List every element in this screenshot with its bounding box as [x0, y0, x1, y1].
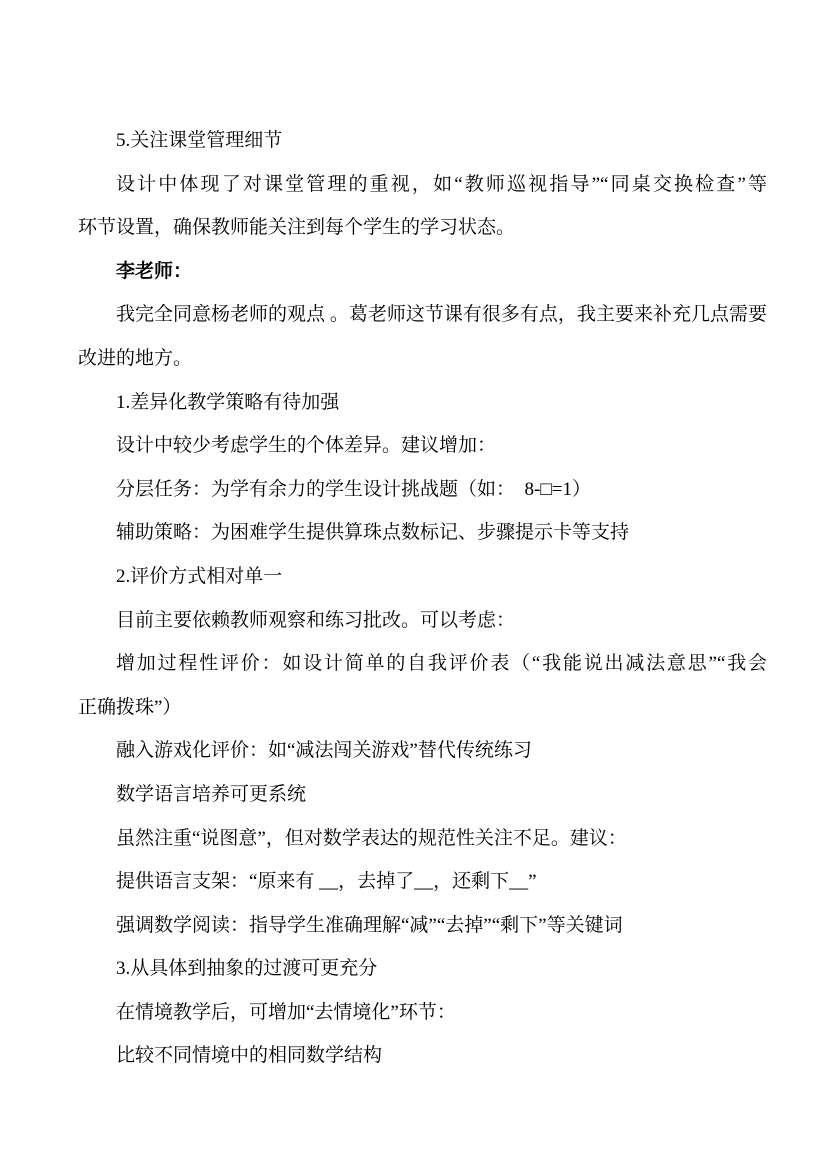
li-intro-line-2: 改进的地方。 [78, 337, 767, 381]
speaker-li-heading: 李老师： [78, 250, 767, 294]
li-point-2-game-eval: 融入游戏化评价：如“减法闯关游戏”替代传统练习 [78, 729, 767, 773]
li-point-2-process-eval-line-1: 增加过程性评价：如设计简单的自我评价表（“我能说出减法意思”“我会 [78, 642, 767, 686]
math-language-body: 虽然注重“说图意”，但对数学表达的规范性关注不足。建议： [78, 817, 767, 861]
li-point-1-layered-task: 分层任务：为学有余力的学生设计挑战题（如： 8-□=1） [78, 468, 767, 512]
point-5-heading: 5.关注课堂管理细节 [78, 119, 767, 163]
math-language-heading: 数学语言培养可更系统 [78, 773, 767, 817]
point-5-body-line-2: 环节设置，确保教师能关注到每个学生的学习状态。 [78, 206, 767, 250]
li-point-3-heading: 3.从具体到抽象的过渡可更充分 [78, 947, 767, 991]
li-point-1-heading: 1.差异化教学策略有待加强 [78, 381, 767, 425]
li-intro-line-1: 我完全同意杨老师的观点 。葛老师这节课有很多有点，我主要来补充几点需要 [78, 293, 767, 337]
document-page: 5.关注课堂管理细节 设计中体现了对课堂管理的重视，如“教师巡视指导”“同桌交换… [0, 0, 827, 1170]
language-scaffold: 提供语言支架：“原来有 __，去掉了__，还剩下__” [78, 860, 767, 904]
li-point-3-body: 在情境教学后，可增加“去情境化”环节： [78, 991, 767, 1035]
point-5-body-line-1: 设计中体现了对课堂管理的重视，如“教师巡视指导”“同桌交换检查”等 [78, 163, 767, 207]
li-point-2-body: 目前主要依赖教师观察和练习批改。可以考虑： [78, 599, 767, 643]
math-reading: 强调数学阅读：指导学生准确理解“减”“去掉”“剩下”等关键词 [78, 904, 767, 948]
li-point-3-compare: 比较不同情境中的相同数学结构 [78, 1034, 767, 1078]
li-point-1-support-strategy: 辅助策略：为困难学生提供算珠点数标记、步骤提示卡等支持 [78, 511, 767, 555]
li-point-2-heading: 2.评价方式相对单一 [78, 555, 767, 599]
li-point-2-process-eval-line-2: 正确拨珠”） [78, 686, 767, 730]
li-point-1-body: 设计中较少考虑学生的个体差异。建议增加： [78, 424, 767, 468]
